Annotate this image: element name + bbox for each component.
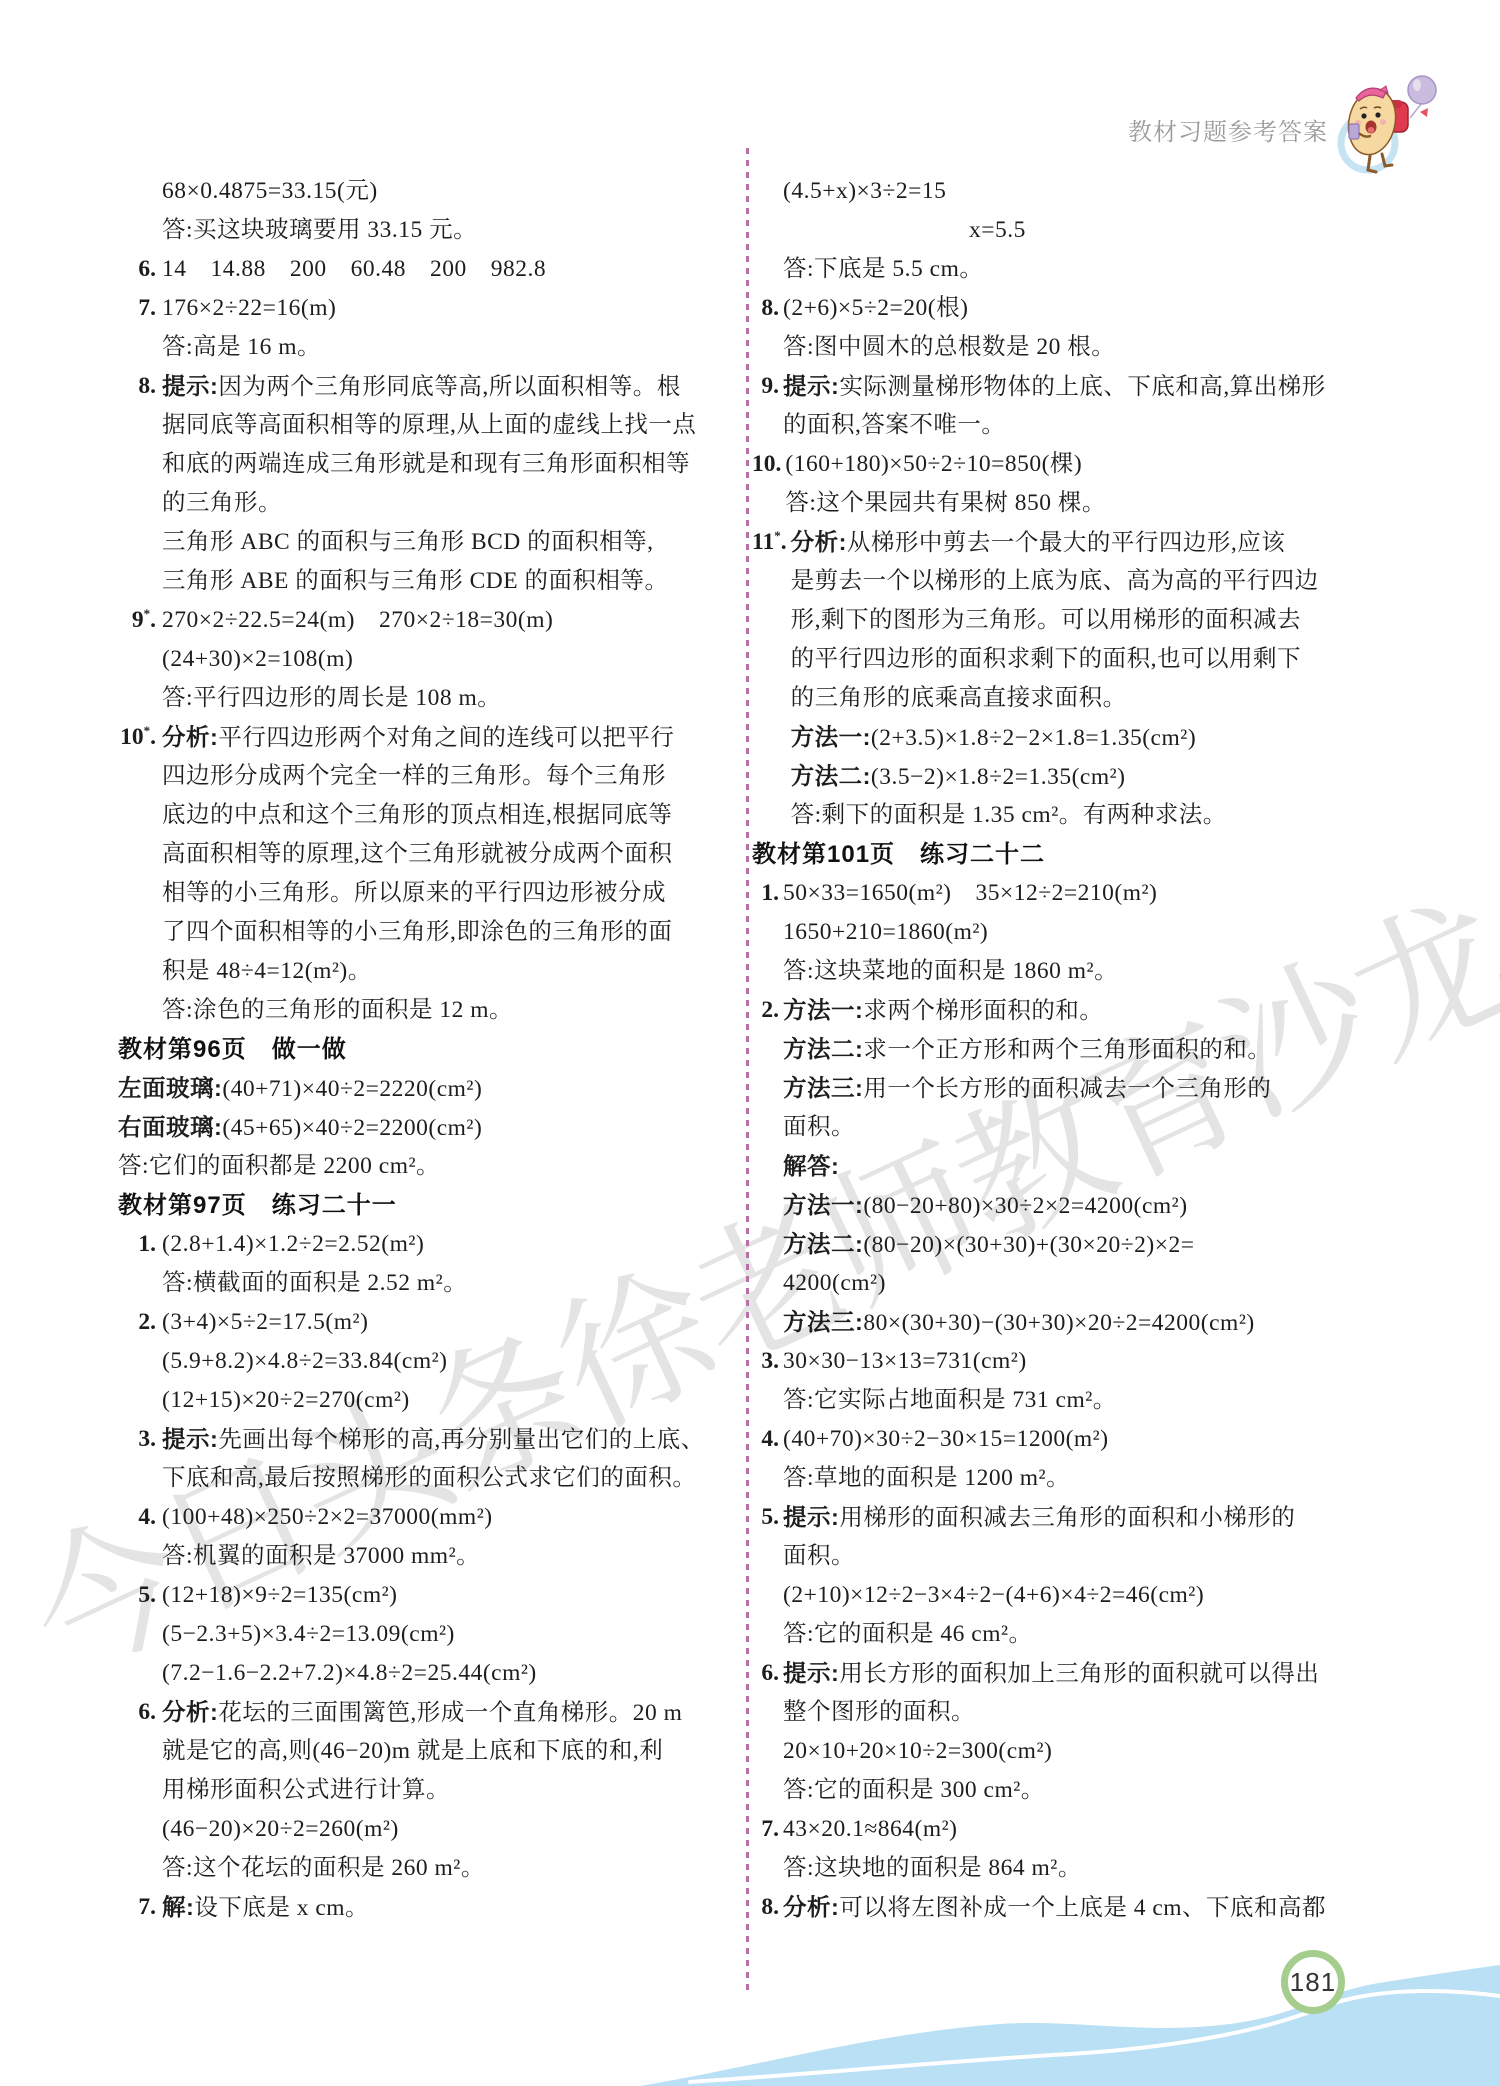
answer-item: 8.(2+6)×5÷2=20(根)答:图中圆木的总根数是 20 根。 (752, 289, 1452, 367)
answer-line: 270×2÷22.5=24(m) 270×2÷18=30(m) (162, 601, 750, 640)
item-number (752, 172, 783, 211)
answer-line: 方法二:(80−20)×(30+30)+(30×20÷2)×2= (783, 1225, 1452, 1264)
item-content: 分析:花坛的三面围篱笆,形成一个直角梯形。20 m就是它的高,则(46−20)m… (162, 1693, 750, 1888)
answer-item: 68×0.4875=33.15(元)答:买这块玻璃要用 33.15 元。 (118, 172, 750, 250)
answer-line: (12+15)×20÷2=270(cm²) (162, 1381, 750, 1420)
item-number: 8. (118, 367, 162, 406)
answer-item: 8.提示:因为两个三角形同底等高,所以面积相等。根据同底等高面积相等的原理,从上… (118, 367, 750, 601)
answer-line: 是剪去一个以梯形的上底为底、高为高的平行四边 (791, 562, 1452, 601)
item-number: 8. (752, 1888, 783, 1927)
item-number: 7. (118, 1888, 162, 1927)
item-number: 6. (752, 1654, 783, 1693)
answer-line: 方法三:80×(30+30)−(30+30)×20÷2=4200(cm²) (783, 1303, 1452, 1342)
answer-line: 答:高是 16 m。 (162, 328, 750, 367)
answer-item: 2.(3+4)×5÷2=17.5(m²)(5.9+8.2)×4.8÷2=33.8… (118, 1303, 750, 1420)
answer-line: (2+10)×12÷2−3×4÷2−(4+6)×4÷2=46(cm²) (783, 1576, 1452, 1615)
answer-item: 8.分析:可以将左图补成一个上底是 4 cm、下底和高都 (752, 1888, 1452, 1927)
answer-item: 10.(160+180)×50÷2÷10=850(棵)答:这个果园共有果树 85… (752, 445, 1452, 523)
item-content: 30×30−13×13=731(cm²)答:它实际占地面积是 731 cm²。 (783, 1342, 1452, 1420)
answer-line: 三角形 ABC 的面积与三角形 BCD 的面积相等, (162, 523, 750, 562)
answer-line: (2.8+1.4)×1.2÷2=2.52(m²) (162, 1225, 750, 1264)
item-number: 7. (118, 289, 162, 328)
item-number: 5. (118, 1576, 162, 1615)
item-content: 14 14.88 200 60.48 200 982.8 (162, 250, 750, 289)
answer-line: 解:设下底是 x cm。 (162, 1888, 750, 1927)
item-content: (160+180)×50÷2÷10=850(棵)答:这个果园共有果树 850 棵… (785, 445, 1452, 523)
answer-line: (3+4)×5÷2=17.5(m²) (162, 1303, 750, 1342)
item-content: 50×33=1650(m²) 35×12÷2=210(m²)1650+210=1… (783, 874, 1452, 991)
item-number: 6. (118, 1693, 162, 1732)
answer-line: 整个图形的面积。 (783, 1693, 1452, 1732)
answer-line: 分析:花坛的三面围篱笆,形成一个直角梯形。20 m (162, 1693, 750, 1732)
answer-line: 50×33=1650(m²) 35×12÷2=210(m²) (783, 874, 1452, 913)
answer-line: 方法二:求一个正方形和两个三角形面积的和。 (783, 1030, 1452, 1069)
item-content: 提示:用长方形的面积加上三角形的面积就可以得出整个图形的面积。20×10+20×… (783, 1654, 1452, 1810)
answers-column-right: (4.5+x)×3÷2=15x=5.5答:下底是 5.5 cm。8.(2+6)×… (752, 172, 1452, 1927)
answer-line: 方法三:用一个长方形的面积减去一个三角形的 (783, 1069, 1452, 1108)
answer-line: 用梯形面积公式进行计算。 (162, 1771, 750, 1810)
item-number: 7. (752, 1810, 783, 1849)
answer-item: 4.(40+70)×30÷2−30×15=1200(m²)答:草地的面积是 12… (752, 1420, 1452, 1498)
answer-line: (24+30)×2=108(m) (162, 640, 750, 679)
item-number: 3. (118, 1420, 162, 1459)
answer-line: (160+180)×50÷2÷10=850(棵) (785, 445, 1452, 484)
item-number: 1. (752, 874, 783, 913)
answer-line: 1650+210=1860(m²) (783, 913, 1452, 952)
answer-line: 答:这个果园共有果树 850 棵。 (785, 484, 1452, 523)
answer-item: 6.14 14.88 200 60.48 200 982.8 (118, 250, 750, 289)
item-content: 方法一:求两个梯形面积的和。方法二:求一个正方形和两个三角形面积的和。方法三:用… (783, 991, 1452, 1342)
item-number: 2. (118, 1303, 162, 1342)
answer-line: 30×30−13×13=731(cm²) (783, 1342, 1452, 1381)
answer-line: 和底的两端连成三角形就是和现有三角形面积相等 (162, 445, 750, 484)
answer-line: 了四个面积相等的小三角形,即涂色的三角形的面 (162, 913, 750, 952)
textbook-answer-page: 今日头条徐老师教育沙龙 教材习题参考答案 68×0.48 (0, 0, 1500, 2086)
answer-item: 左面玻璃:(40+71)×40÷2=2220(cm²)右面玻璃:(45+65)×… (118, 1069, 750, 1186)
balloon-icon (1408, 76, 1436, 104)
answer-line: 答:图中圆木的总根数是 20 根。 (783, 328, 1452, 367)
answer-line: x=5.5 (969, 211, 1452, 250)
answer-item: 11*.分析:从梯形中剪去一个最大的平行四边形,应该是剪去一个以梯形的上底为底、… (752, 523, 1452, 835)
answer-item: 5.提示:用梯形的面积减去三角形的面积和小梯形的面积。(2+10)×12÷2−3… (752, 1498, 1452, 1654)
answer-line: 176×2÷22=16(m) (162, 289, 750, 328)
answer-line: 答:机翼的面积是 37000 mm²。 (162, 1537, 750, 1576)
item-number (118, 172, 162, 211)
answer-line: 就是它的高,则(46−20)m 就是上底和下底的和,利 (162, 1732, 750, 1771)
answer-line: 方法一:求两个梯形面积的和。 (783, 991, 1452, 1030)
answer-item: 7.43×20.1≈864(m²)答:这块地的面积是 864 m²。 (752, 1810, 1452, 1888)
answer-item: 1.(2.8+1.4)×1.2÷2=2.52(m²)答:横截面的面积是 2.52… (118, 1225, 750, 1303)
item-content: 270×2÷22.5=24(m) 270×2÷18=30(m)(24+30)×2… (162, 601, 750, 718)
answer-line: 分析:从梯形中剪去一个最大的平行四边形,应该 (791, 523, 1452, 562)
answer-line: 四边形分成两个完全一样的三角形。每个三角形 (162, 757, 750, 796)
answer-line: 答:涂色的三角形的面积是 12 m。 (162, 991, 750, 1030)
answer-line: 分析:可以将左图补成一个上底是 4 cm、下底和高都 (783, 1888, 1452, 1927)
answer-line: 解答: (783, 1147, 1452, 1186)
answer-line: 答:它们的面积都是 2200 cm²。 (118, 1147, 750, 1186)
answer-line: 的三角形。 (162, 484, 750, 523)
answer-line: 底边的中点和这个三角形的顶点相连,根据同底等 (162, 796, 750, 835)
answer-item: 4.(100+48)×250÷2×2=37000(mm²)答:机翼的面积是 37… (118, 1498, 750, 1576)
item-content: 提示:用梯形的面积减去三角形的面积和小梯形的面积。(2+10)×12÷2−3×4… (783, 1498, 1452, 1654)
answer-line: 面积。 (783, 1537, 1452, 1576)
answer-line: 下底和高,最后按照梯形的面积公式求它们的面积。 (162, 1459, 750, 1498)
item-number: 10. (752, 445, 785, 484)
answer-item: 9*.270×2÷22.5=24(m) 270×2÷18=30(m)(24+30… (118, 601, 750, 718)
answer-line: 面积。 (783, 1108, 1452, 1147)
item-content: 分析:从梯形中剪去一个最大的平行四边形,应该是剪去一个以梯形的上底为底、高为高的… (791, 523, 1452, 835)
answer-line: 答:这个花坛的面积是 260 m²。 (162, 1849, 750, 1888)
answer-line: 的面积,答案不唯一。 (783, 406, 1452, 445)
bow-icon (1420, 108, 1428, 117)
item-content: (3+4)×5÷2=17.5(m²)(5.9+8.2)×4.8÷2=33.84(… (162, 1303, 750, 1420)
item-number: 9*. (118, 601, 162, 640)
answer-line: 方法二:(3.5−2)×1.8÷2=1.35(cm²) (791, 757, 1452, 796)
item-content: 分析:可以将左图补成一个上底是 4 cm、下底和高都 (783, 1888, 1452, 1927)
item-number: 10*. (118, 718, 162, 757)
item-content: 176×2÷22=16(m)答:高是 16 m。 (162, 289, 750, 367)
answer-item: 3.提示:先画出每个梯形的高,再分别量出它们的上底、下底和高,最后按照梯形的面积… (118, 1420, 750, 1498)
answer-line: (5−2.3+5)×3.4÷2=13.09(cm²) (162, 1615, 750, 1654)
answer-line: 据同底等高面积相等的原理,从上面的虚线上找一点 (162, 406, 750, 445)
item-content: 左面玻璃:(40+71)×40÷2=2220(cm²)右面玻璃:(45+65)×… (118, 1069, 750, 1186)
item-content: (2+6)×5÷2=20(根)答:图中圆木的总根数是 20 根。 (783, 289, 1452, 367)
item-number: 1. (118, 1225, 162, 1264)
answer-line: 方法一:(80−20+80)×30÷2×2=4200(cm²) (783, 1186, 1452, 1225)
section-heading: 教材第97页 练习二十一 (118, 1186, 750, 1225)
answer-line: 相等的小三角形。所以原来的平行四边形被分成 (162, 874, 750, 913)
item-number: 2. (752, 991, 783, 1030)
item-number: 3. (752, 1342, 783, 1381)
answer-line: 答:下底是 5.5 cm。 (783, 250, 1452, 289)
item-number: 9. (752, 367, 783, 406)
answer-line: (5.9+8.2)×4.8÷2=33.84(cm²) (162, 1342, 750, 1381)
answer-line: (12+18)×9÷2=135(cm²) (162, 1576, 750, 1615)
answer-line: 提示:用长方形的面积加上三角形的面积就可以得出 (783, 1654, 1452, 1693)
item-content: 提示:实际测量梯形物体的上底、下底和高,算出梯形的面积,答案不唯一。 (783, 367, 1452, 445)
answer-item: 2.方法一:求两个梯形面积的和。方法二:求一个正方形和两个三角形面积的和。方法三… (752, 991, 1452, 1342)
answer-line: (7.2−1.6−2.2+7.2)×4.8÷2=25.44(cm²) (162, 1654, 750, 1693)
answer-line: (100+48)×250÷2×2=37000(mm²) (162, 1498, 750, 1537)
item-content: 43×20.1≈864(m²)答:这块地的面积是 864 m²。 (783, 1810, 1452, 1888)
answer-item: 6.分析:花坛的三面围篱笆,形成一个直角梯形。20 m就是它的高,则(46−20… (118, 1693, 750, 1888)
answer-line: 积是 48÷4=12(m²)。 (162, 952, 750, 991)
item-content: 解:设下底是 x cm。 (162, 1888, 750, 1927)
answer-line: 答:这块地的面积是 864 m²。 (783, 1849, 1452, 1888)
answer-line: 三角形 ABE 的面积与三角形 CDE 的面积相等。 (162, 562, 750, 601)
answer-item: 6.提示:用长方形的面积加上三角形的面积就可以得出整个图形的面积。20×10+2… (752, 1654, 1452, 1810)
answer-line: 答:平行四边形的周长是 108 m。 (162, 679, 750, 718)
answer-line: 分析:平行四边形两个对角之间的连线可以把平行 (162, 718, 750, 757)
answer-line: 答:草地的面积是 1200 m²。 (783, 1459, 1452, 1498)
section-heading: 教材第101页 练习二十二 (752, 835, 1452, 874)
answer-line: 形,剩下的图形为三角形。可以用梯形的面积减去 (791, 601, 1452, 640)
answer-item: 5.(12+18)×9÷2=135(cm²)(5−2.3+5)×3.4÷2=13… (118, 1576, 750, 1693)
answer-item: 1.50×33=1650(m²) 35×12÷2=210(m²)1650+210… (752, 874, 1452, 991)
answer-line: (46−20)×20÷2=260(m²) (162, 1810, 750, 1849)
answer-line: 答:剩下的面积是 1.35 cm²。有两种求法。 (791, 796, 1452, 835)
answer-line: 答:这块菜地的面积是 1860 m²。 (783, 952, 1452, 991)
item-content: (2.8+1.4)×1.2÷2=2.52(m²)答:横截面的面积是 2.52 m… (162, 1225, 750, 1303)
answer-line: 答:它的面积是 46 cm²。 (783, 1615, 1452, 1654)
answer-line: 的三角形的底乘高直接求面积。 (791, 679, 1452, 718)
item-content: 提示:先画出每个梯形的高,再分别量出它们的上底、下底和高,最后按照梯形的面积公式… (162, 1420, 750, 1498)
answer-item: 7.176×2÷22=16(m)答:高是 16 m。 (118, 289, 750, 367)
answer-line: 提示:用梯形的面积减去三角形的面积和小梯形的 (783, 1498, 1452, 1537)
item-content: (40+70)×30÷2−30×15=1200(m²)答:草地的面积是 1200… (783, 1420, 1452, 1498)
item-number: 11*. (752, 523, 791, 562)
answer-line: 答:横截面的面积是 2.52 m²。 (162, 1264, 750, 1303)
item-content: 提示:因为两个三角形同底等高,所以面积相等。根据同底等高面积相等的原理,从上面的… (162, 367, 750, 601)
item-number: 6. (118, 250, 162, 289)
page-number-badge: 181 (1281, 1950, 1345, 2014)
answer-line: 方法一:(2+3.5)×1.8÷2−2×1.8=1.35(cm²) (791, 718, 1452, 757)
answer-line: 答:它实际占地面积是 731 cm²。 (783, 1381, 1452, 1420)
answer-line: 20×10+20×10÷2=300(cm²) (783, 1732, 1452, 1771)
answer-item: 7.解:设下底是 x cm。 (118, 1888, 750, 1927)
answer-line: 答:它的面积是 300 cm²。 (783, 1771, 1452, 1810)
mascot-illustration (1322, 60, 1452, 192)
answer-line: (2+6)×5÷2=20(根) (783, 289, 1452, 328)
answer-item: 3.30×30−13×13=731(cm²)答:它实际占地面积是 731 cm²… (752, 1342, 1452, 1420)
answer-line: 左面玻璃:(40+71)×40÷2=2220(cm²) (118, 1069, 750, 1108)
page-number: 181 (1290, 1967, 1336, 1998)
item-number: 5. (752, 1498, 783, 1537)
item-number: 8. (752, 289, 783, 328)
answer-line: 68×0.4875=33.15(元) (162, 172, 750, 211)
answer-line: 高面积相等的原理,这个三角形就被分成两个面积 (162, 835, 750, 874)
section-heading: 教材第96页 做一做 (118, 1030, 750, 1069)
answer-line: (40+70)×30÷2−30×15=1200(m²) (783, 1420, 1452, 1459)
answer-line: 14 14.88 200 60.48 200 982.8 (162, 250, 750, 289)
item-number: 4. (118, 1498, 162, 1537)
item-content: 68×0.4875=33.15(元)答:买这块玻璃要用 33.15 元。 (162, 172, 750, 250)
phone-icon (1349, 124, 1359, 139)
answer-line: 的平行四边形的面积求剩下的面积,也可以用剩下 (791, 640, 1452, 679)
answer-line: 43×20.1≈864(m²) (783, 1810, 1452, 1849)
answer-line: 提示:先画出每个梯形的高,再分别量出它们的上底、 (162, 1420, 750, 1459)
answer-line: 答:买这块玻璃要用 33.15 元。 (162, 211, 750, 250)
answer-item: 10*.分析:平行四边形两个对角之间的连线可以把平行四边形分成两个完全一样的三角… (118, 718, 750, 1030)
item-number: 4. (752, 1420, 783, 1459)
answer-item: 9.提示:实际测量梯形物体的上底、下底和高,算出梯形的面积,答案不唯一。 (752, 367, 1452, 445)
item-content: (100+48)×250÷2×2=37000(mm²)答:机翼的面积是 3700… (162, 1498, 750, 1576)
answer-line: 右面玻璃:(45+65)×40÷2=2200(cm²) (118, 1108, 750, 1147)
answer-line: 4200(cm²) (783, 1264, 1452, 1303)
page-header-title: 教材习题参考答案 (1128, 112, 1328, 147)
item-content: (12+18)×9÷2=135(cm²)(5−2.3+5)×3.4÷2=13.0… (162, 1576, 750, 1693)
answer-line: 提示:实际测量梯形物体的上底、下底和高,算出梯形 (783, 367, 1452, 406)
answers-column-left: 68×0.4875=33.15(元)答:买这块玻璃要用 33.15 元。6.14… (118, 172, 750, 1927)
item-content: 分析:平行四边形两个对角之间的连线可以把平行四边形分成两个完全一样的三角形。每个… (162, 718, 750, 1030)
answer-line: 提示:因为两个三角形同底等高,所以面积相等。根 (162, 367, 750, 406)
